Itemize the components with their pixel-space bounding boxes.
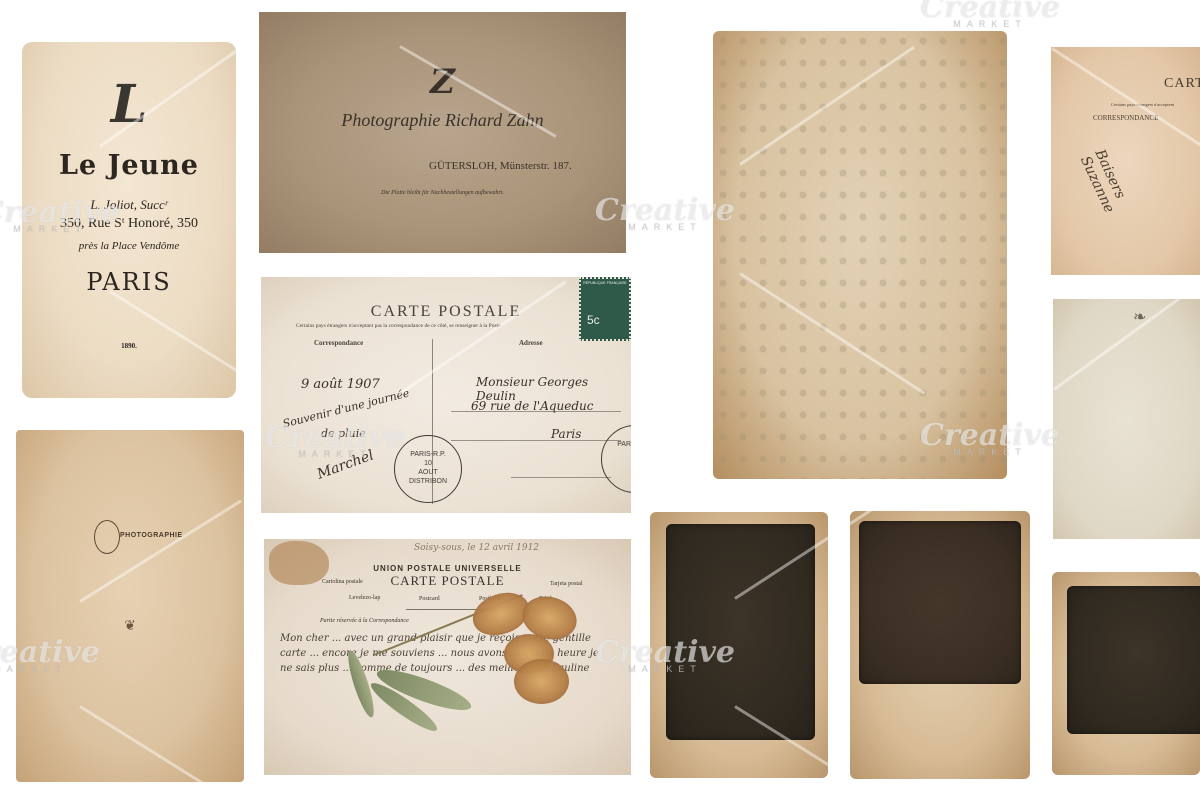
address-line-2: 69 rue de l'Aqueduc [471, 399, 594, 413]
postmark-top: PARIS-R.P. [602, 440, 631, 449]
correspondence-label: CORRESPONDANCE [1093, 114, 1158, 122]
handwriting-date: 9 août 1907 [301, 377, 380, 392]
photo-window [859, 521, 1021, 684]
successor: L. Joliot, Succʳ [22, 197, 236, 213]
card-partial-postcard: CART Certains pays étrangers n'acceptent… [1051, 47, 1200, 275]
lang-hungarian: Levelezo-lap [349, 595, 380, 601]
card-richard-zahn: Z Photographie Richard Zahn GÜTERSLOH, M… [259, 12, 626, 253]
card-le-jeune: L Le Jeune L. Joliot, Succʳ 350, Rue Sᵗ … [22, 42, 236, 398]
address-rule [511, 477, 611, 478]
lang-english: Postcard [419, 596, 440, 602]
postmark-bottom: DISTRIBON [395, 477, 461, 486]
note: Die Platte bleibt für Nachbestellungen a… [259, 190, 626, 196]
city: GÜTERSLOH, Münsterstr. 187. [429, 160, 572, 172]
address-rule [451, 440, 621, 441]
studio-name: Le Jeune [22, 150, 236, 181]
address-line-3: Paris [551, 427, 581, 441]
stamp-country: RÉPUBLIQUE FRANÇAISE [583, 281, 627, 285]
lang-italian: Cartolina postale [322, 579, 363, 585]
postcard-subtitle: Certains pays étrangers n'acceptant pas … [296, 323, 501, 329]
card-union-postale: Soisy-sous, le 12 avril 1912 UNION POSTA… [264, 539, 631, 775]
watermark: CreativeMARKET [920, 0, 1060, 29]
handwriting-message: Souvenir d'une journée [281, 386, 410, 430]
correspondence-label: Correspondance [314, 339, 363, 347]
postcard-subtitle-partial: Certains pays étrangers n'acceptent [1111, 102, 1174, 107]
logo-text: PHOTOGRAPHIE [120, 532, 183, 539]
watermark-text: Creative [920, 0, 1060, 25]
card-photographie-back: PHOTOGRAPHIE ❦ [16, 430, 244, 782]
union-header: UNION POSTALE UNIVERSELLE [264, 564, 631, 573]
watermark-subtext: MARKET [920, 19, 1060, 29]
card-damask-pattern [713, 31, 1007, 479]
studio-title: Photographie Richard Zahn [259, 110, 626, 131]
card-photo-frame-partial [1052, 572, 1200, 775]
flower-petal [514, 659, 569, 704]
card-blank-ornament: ❧ [1053, 299, 1200, 539]
date-line: Soisy-sous, le 12 avril 1912 [414, 543, 539, 554]
stamp-value: 5c [587, 313, 600, 327]
photo-window [1067, 586, 1200, 734]
monogram: Z [259, 62, 626, 102]
postmark-partial: PARIS-R.P. [601, 425, 631, 493]
postmark: PARIS-R.P. 10 AOUT DISTRIBON [394, 435, 462, 503]
handwritten-signature: Baisers Suzanne [1077, 147, 1146, 246]
address-label: Adresse [519, 339, 543, 347]
card-photo-frame-portrait [650, 512, 828, 778]
monogram: L [22, 74, 236, 135]
postmark-day: 10 [395, 459, 461, 468]
postcard-title-partial: CART [1164, 76, 1200, 92]
photo-window [666, 524, 815, 740]
postcard-title: CARTE POSTALE [261, 303, 631, 321]
postmark-month: AOUT [395, 468, 461, 477]
logo-oval [94, 520, 120, 554]
stamp: RÉPUBLIQUE FRANÇAISE 5c [579, 277, 631, 341]
address: 350, Rue Sᵗ Honoré, 350 [22, 216, 236, 232]
postmark-top: PARIS-R.P. [395, 450, 461, 459]
handwriting-signature: Marchel [315, 447, 376, 482]
handwriting-message-2: de pluie [321, 427, 366, 440]
ornament-icon: ❦ [16, 618, 244, 635]
section-label: Partie réservée à la Correspondance [320, 618, 409, 624]
lang-spanish: Tarjeta postal [550, 581, 582, 587]
ornament-icon: ❧ [1133, 307, 1146, 327]
card-photo-frame-square [850, 511, 1030, 779]
photographie-logo: PHOTOGRAPHIE [76, 518, 186, 558]
card-carte-postale: CARTE POSTALE Certains pays étrangers n'… [261, 277, 631, 513]
city: PARIS [22, 268, 236, 296]
near-location: près la Place Vendôme [22, 240, 236, 252]
year: 1890. [22, 342, 236, 350]
